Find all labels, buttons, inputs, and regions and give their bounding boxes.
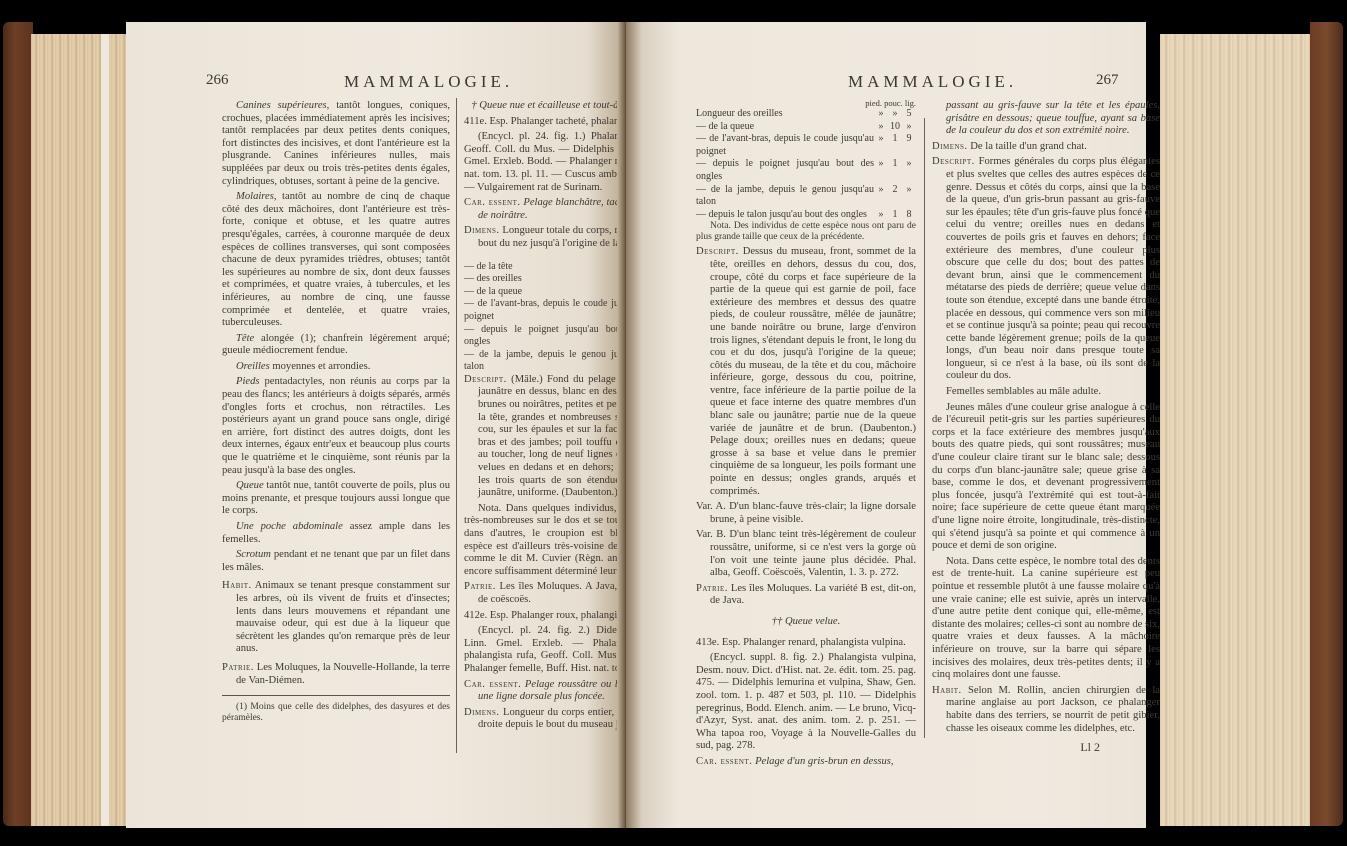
signature-mark: Ll 2 [932, 741, 1160, 754]
footnote: (1) Moins que celle des didelphes, des d… [222, 702, 450, 724]
right-page-column-1: pied. pouc. lig. Longueur des oreilles»»… [696, 98, 916, 772]
measurement-row: — de l'avant-bras, depuis le coude jusqu… [696, 133, 916, 158]
paragraph: Canines supérieures, tantôt longues, con… [222, 100, 450, 188]
column-rule [924, 118, 925, 738]
measurement-row: — depuis le poignet jusqu'au bout des on… [696, 158, 916, 183]
paragraph: Pieds pentadactyles, non réunis au corps… [222, 376, 450, 477]
book-cover-left [3, 22, 33, 826]
car-essent: Car. essent. Pelage d'un gris-brun en de… [696, 756, 916, 769]
measurements-table: Longueur des oreilles»»5 — de la queue»1… [696, 108, 916, 221]
paragraph: Tête alongée (1); chanfrein légèrement a… [222, 333, 450, 358]
habit-paragraph: Habit. Animaux se tenant presque constam… [222, 580, 450, 656]
right-page-column-2: passant au gris-fauve sur la tête et les… [932, 100, 1160, 754]
descript-paragraph: Descript. Dessus du museau, front, somme… [696, 246, 916, 498]
habit-paragraph: Habit. Selon M. Rollin, ancien chirurgie… [932, 685, 1160, 735]
variety-b: Var. B. D'un blanc teint très-légèrement… [696, 529, 916, 579]
measurement-row: Longueur des oreilles»»5 [696, 108, 916, 121]
running-head: MAMMALOGIE. [344, 72, 513, 92]
book-spread: 266 MAMMALOGIE. Canines supérieures, tan… [3, 20, 1343, 828]
measurement-row: — de la queue»10» [696, 121, 916, 134]
patrie-paragraph: Patrie. Les îles Moluques. La variété B … [696, 583, 916, 608]
book-cover-right [1310, 22, 1343, 826]
running-head: MAMMALOGIE. [848, 72, 1017, 92]
paragraph: Une poche abdominale assez ample dans le… [222, 521, 450, 546]
femelles-paragraph: Femelles semblables au mâle adulte. [932, 386, 1160, 399]
section-heading: †† Queue velue. [696, 616, 916, 629]
measurement-row: — de la jambe, depuis le genou jusqu'au … [696, 184, 916, 209]
units-header: pied. pouc. lig. [696, 98, 916, 108]
page-number: 267 [1096, 72, 1119, 89]
paragraph: Scrotum pendant et ne tenant que par un … [222, 549, 450, 574]
left-page-column-1: Canines supérieures, tantôt longues, con… [222, 100, 450, 727]
page-edges-right [1160, 34, 1310, 826]
species-references: (Encycl. suppl. 8. fig. 2.) Phalangista … [696, 652, 916, 753]
car-essent-continued: passant au gris-fauve sur la tête et les… [946, 100, 1160, 138]
measurement-row: — depuis le talon jusqu'au bout des ongl… [696, 209, 916, 222]
descript-paragraph: Descript. Formes générales du corps plus… [932, 156, 1160, 383]
patrie-paragraph: Patrie. Les Moluques, la Nouvelle-Hollan… [222, 662, 450, 687]
paragraph: Molaires, tantôt au nombre de cinq de ch… [222, 191, 450, 330]
species-title: 413e. Esp. Phalanger renard, phalangista… [696, 637, 916, 650]
page-number: 266 [206, 72, 229, 89]
left-page: 266 MAMMALOGIE. Canines supérieures, tan… [126, 22, 626, 828]
column-rule [456, 98, 457, 753]
nota-paragraph: Nota. Dans cette espèce, le nombre total… [932, 556, 1160, 682]
paragraph: Queue tantôt nue, tantôt couverte de poi… [222, 480, 450, 518]
footnote-rule [222, 695, 450, 696]
variety-a: Var. A. D'un blanc-fauve très-clair; la … [696, 501, 916, 526]
paragraph: Oreilles moyennes et arrondies. [222, 361, 450, 374]
dimens-paragraph: Dimens. De la taille d'un grand chat. [932, 141, 1160, 154]
page-edges-left [31, 34, 126, 826]
nota-paragraph: Nota. Des individus de cette espèce nous… [696, 221, 916, 243]
right-page: MAMMALOGIE. 267 pied. pouc. lig. Longueu… [626, 22, 1146, 828]
jeunes-paragraph: Jeunes mâles d'une couleur grise analogu… [932, 402, 1160, 553]
